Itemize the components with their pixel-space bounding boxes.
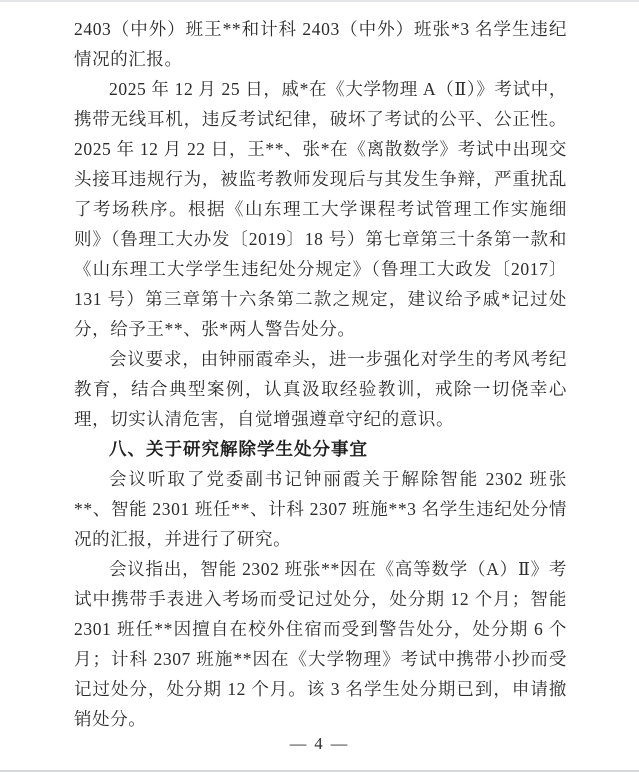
paragraph-discipline-cases: 2025 年 12 月 25 日，戚*在《大学物理 A（Ⅱ）》考试中，携带无线耳… xyxy=(74,74,567,344)
paragraph-meeting-report: 会议听取了党委副书记钟丽霞关于解除智能 2302 班张**、智能 2301 班任… xyxy=(74,464,567,554)
page-bottom-edge xyxy=(0,770,639,772)
section-heading: 八、关于研究解除学生处分事宜 xyxy=(74,434,567,464)
paragraph-continuation: 2403（中外）班王**和计科 2403（中外）班张*3 名学生违纪情况的汇报。 xyxy=(74,14,567,74)
page-top-edge xyxy=(0,0,639,2)
paragraph-meeting-requirements: 会议要求，由钟丽霞牵头，进一步强化对学生的考风考纪教育，结合典型案例，认真汲取经… xyxy=(74,344,567,434)
page-number: — 4 — xyxy=(0,729,639,759)
paragraph-meeting-findings: 会议指出，智能 2302 班张**因在《高等数学（A）Ⅱ》考试中携带手表进入考场… xyxy=(74,554,567,734)
document-page: 2403（中外）班王**和计科 2403（中外）班张*3 名学生违纪情况的汇报。… xyxy=(0,0,639,775)
